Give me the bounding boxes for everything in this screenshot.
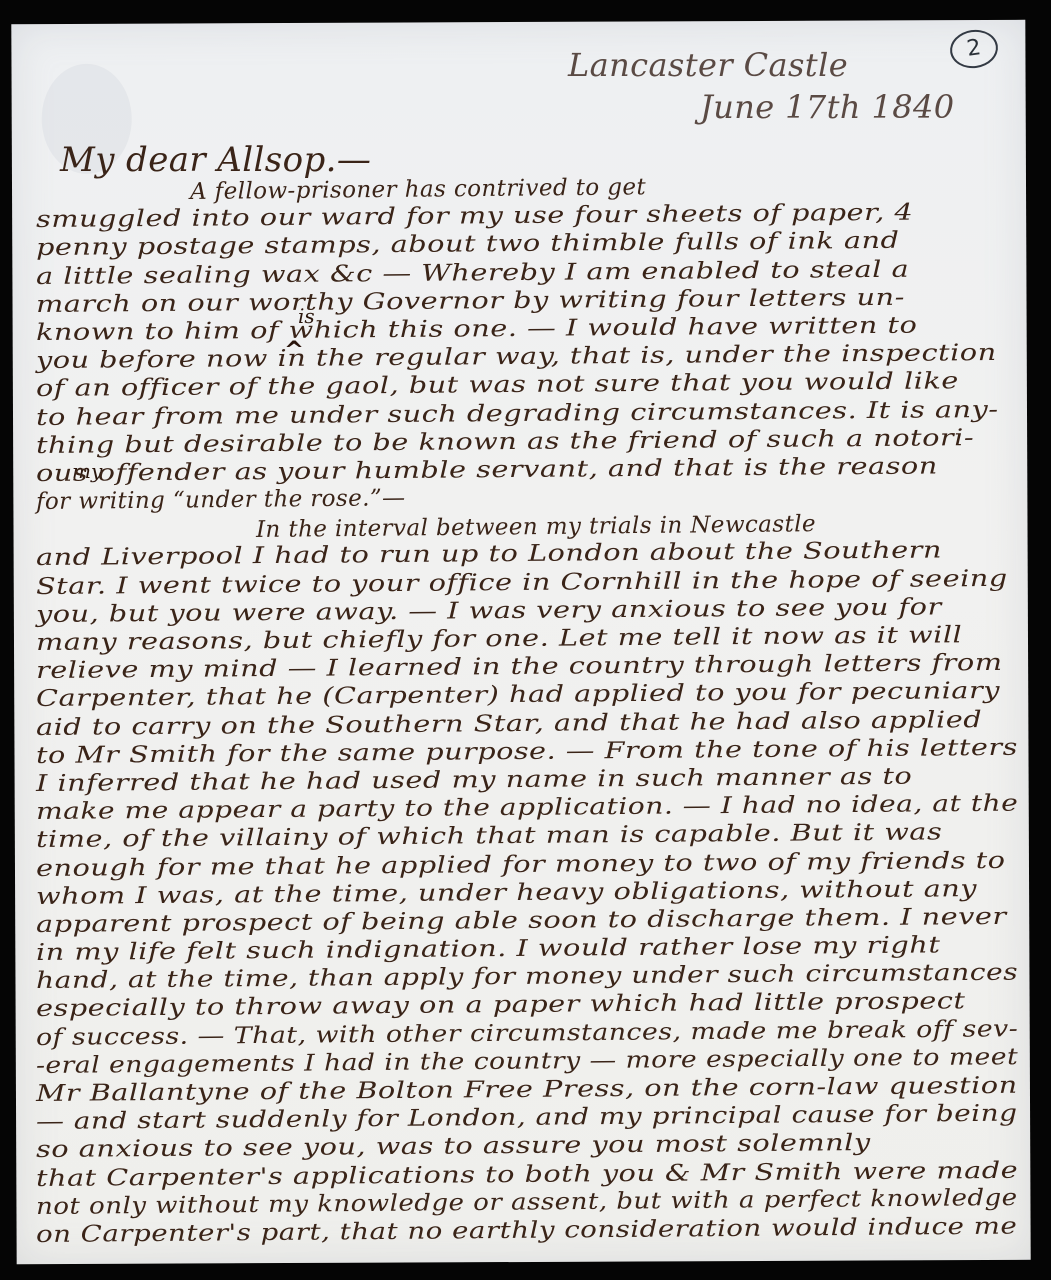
letter-line: A fellow-prisoner has contrived to get	[190, 174, 646, 205]
letter-date: June 17th 1840	[700, 88, 955, 126]
letter-salutation: My dear Allsop.—	[60, 140, 371, 180]
letter-place: Lancaster Castle	[568, 46, 848, 84]
letter-line: for writing “under the rose.”—	[36, 485, 406, 515]
